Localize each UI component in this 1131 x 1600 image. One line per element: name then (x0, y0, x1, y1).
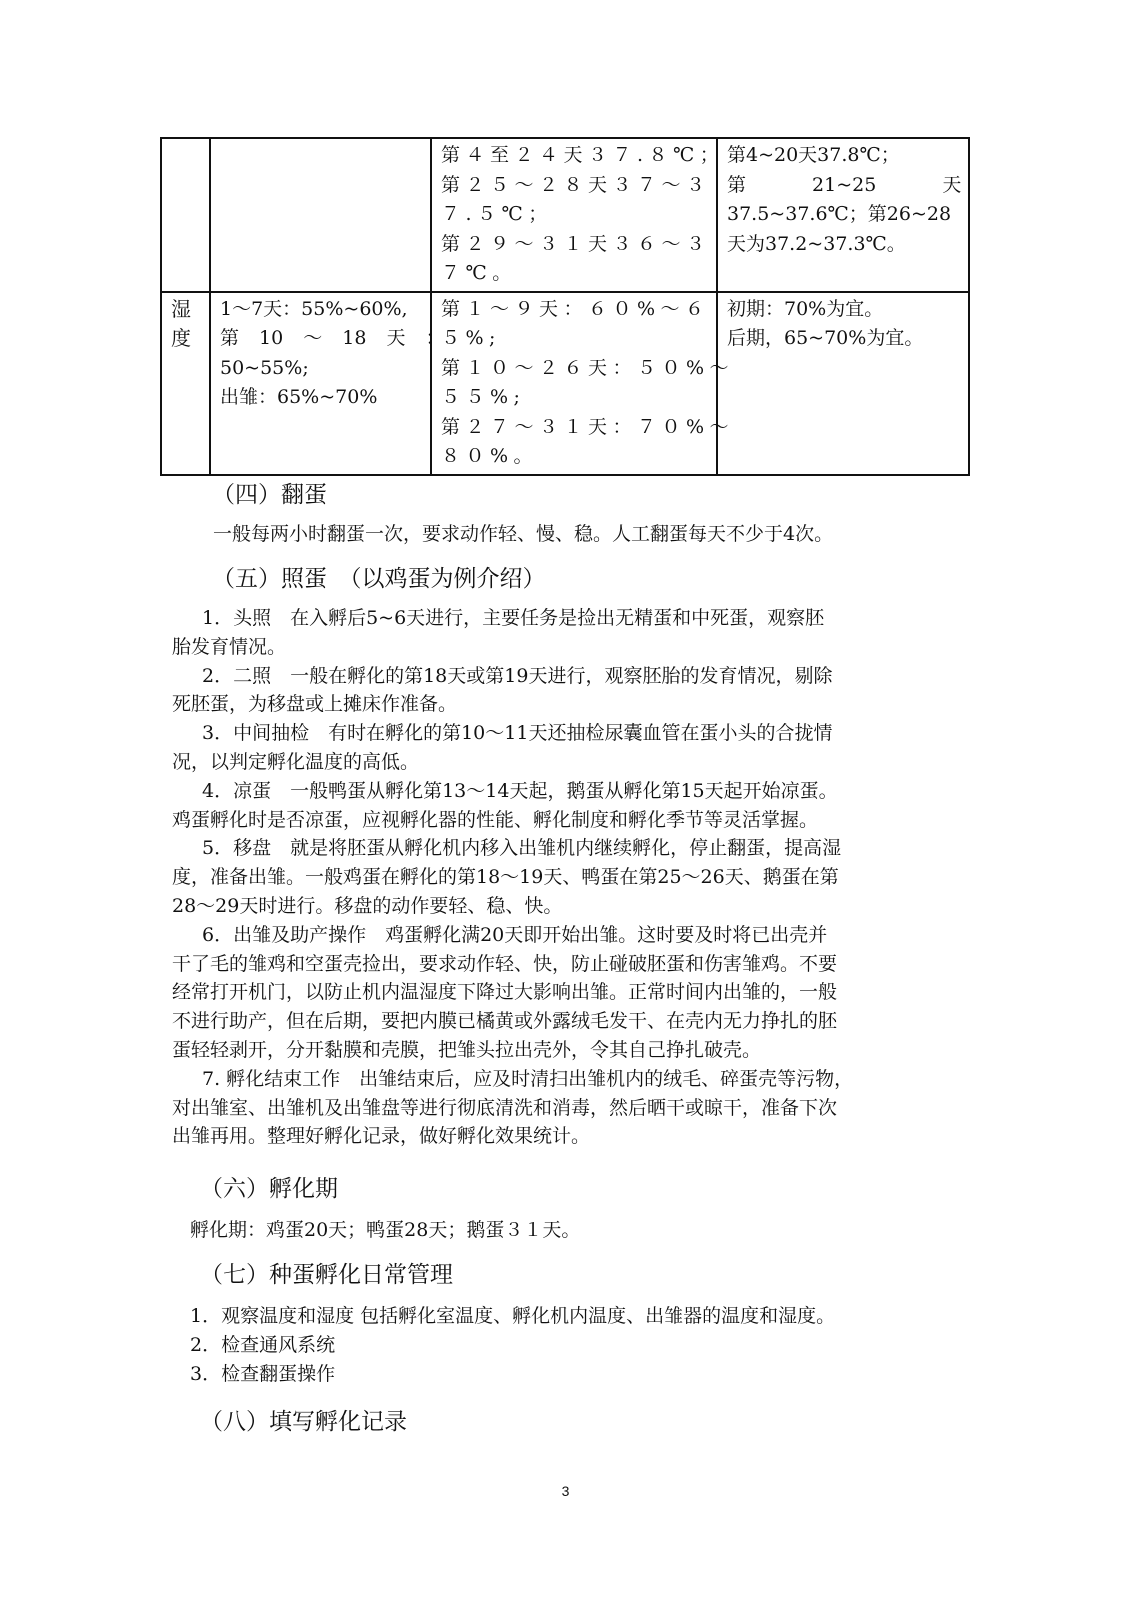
table-row-temperature-continued: 第４至２４天３７.８℃； 第２５～２８天３７～３ ７.５℃； 第２９～３１天３６… (161, 138, 969, 292)
body-line: 蛋轻轻剥开，分开黏膜和壳膜，把雏头拉出壳外，令其自己挣扎破壳。 (172, 1036, 972, 1065)
daily-management-list: 1．观察温度和湿度 包括孵化室温度、孵化机内温度、出雏器的温度和湿度。 2．检查… (190, 1302, 990, 1388)
body-line: 干了毛的雏鸡和空蛋壳捡出，要求动作轻、快，防止碰破胚蛋和伤害雏鸡。不要 (172, 950, 972, 979)
table-cell-duck: 第１～９天：６０%～６ ５%; 第１０～２６天：５０%～ ５５%; 第２７～３１… (431, 292, 717, 475)
cell-line: 第4~20天37.8℃； (727, 141, 960, 171)
list-item: 3．检查翻蛋操作 (190, 1360, 990, 1389)
body-line: 死胚蛋，为移盘或上摊床作准备。 (172, 690, 972, 719)
table-row-humidity: 湿 度 1～7天：55%~60%, 第 10 ～ 18 天 ： 50~55%; … (161, 292, 969, 475)
cell-line: 第 21~25 天 (727, 171, 960, 201)
body-line: 对出雏室、出雏机及出雏盘等进行彻底清洗和消毒，然后晒干或晾干，准备下次 (172, 1094, 972, 1123)
cell-line: 第１０～２６天：５０%～ (441, 354, 708, 384)
body-line: 28～29天时进行。移盘的动作要轻、稳、快。 (172, 892, 972, 921)
document-page: 第４至２４天３７.８℃； 第２５～２８天３７～３ ７.５℃； 第２９～３１天３６… (0, 0, 1131, 1600)
body-line: 1．头照 在入孵后5~6天进行，主要任务是捡出无精蛋和中死蛋，观察胚 (172, 604, 972, 633)
cell-line: 50~55%; (220, 354, 422, 384)
list-item: 2．检查通风系统 (190, 1331, 990, 1360)
section-heading-candling: （五）照蛋 （以鸡蛋为例介绍） (212, 560, 546, 593)
body-line: 7. 孵化结束工作 出雏结束后，应及时清扫出雏机内的绒毛、碎蛋壳等污物， (172, 1065, 972, 1094)
body-line: 5．移盘 就是将胚蛋从孵化机内移入出雏机内继续孵化，停止翻蛋，提高湿 (172, 834, 972, 863)
cell-line: 出雏：65%~70% (220, 383, 422, 413)
section-heading-record: （八）填写孵化记录 (200, 1403, 407, 1436)
table-cell-chicken: 1～7天：55%~60%, 第 10 ～ 18 天 ： 50~55%; 出雏：6… (210, 292, 431, 475)
body-line: 度，准备出雏。一般鸡蛋在孵化的第18～19天、鸭蛋在第25～26天、鹅蛋在第 (172, 863, 972, 892)
table-cell-label: 湿 度 (161, 292, 210, 475)
row-label-char: 湿 (171, 295, 201, 324)
cell-line: 第２５～２８天３７～３ (441, 171, 708, 201)
table-cell-goose: 第4~20天37.8℃； 第 21~25 天 37.5~37.6℃；第26~28… (717, 138, 969, 292)
cell-line: 第２９～３１天３６～３ (441, 230, 708, 260)
body-line: 不进行助产，但在后期，要把内膜已橘黄或外露绒毛发干、在壳内无力挣扎的胚 (172, 1007, 972, 1036)
body-line: 出雏再用。整理好孵化记录，做好孵化效果统计。 (172, 1122, 972, 1151)
body-line: 6．出雏及助产操作 鸡蛋孵化满20天即开始出雏。这时要及时将已出壳并 (172, 921, 972, 950)
body-line: 况，以判定孵化温度的高低。 (172, 748, 972, 777)
table-cell-goose: 初期：70%为宜。 后期，65~70%为宜。 (717, 292, 969, 475)
candling-body: 1．头照 在入孵后5~6天进行，主要任务是捡出无精蛋和中死蛋，观察胚 胎发育情况… (172, 604, 972, 1151)
body-line: 3．中间抽检 有时在孵化的第10～11天还抽检尿囊血管在蛋小头的合拢情 (172, 719, 972, 748)
cell-line: ７℃。 (441, 259, 708, 289)
table-cell-label (161, 138, 210, 292)
cell-line: 第４至２４天３７.８℃； (441, 141, 708, 171)
body-line: 鸡蛋孵化时是否凉蛋，应视孵化器的性能、孵化制度和孵化季节等灵活掌握。 (172, 806, 972, 835)
cell-line: 第１～９天：６０%～６ (441, 295, 708, 325)
table-cell-duck: 第４至２４天３７.８℃； 第２５～２８天３７～３ ７.５℃； 第２９～３１天３６… (431, 138, 717, 292)
list-item: 1．观察温度和湿度 包括孵化室温度、孵化机内温度、出雏器的温度和湿度。 (190, 1302, 990, 1331)
cell-line: ８０%。 (441, 442, 708, 472)
cell-line: 初期：70%为宜。 (727, 295, 960, 325)
cell-line: ５５%; (441, 383, 708, 413)
section-heading-daily-management: （七）种蛋孵化日常管理 (200, 1256, 453, 1289)
cell-line: 37.5~37.6℃；第26~28 (727, 200, 960, 230)
body-line: 2．二照 一般在孵化的第18天或第19天进行，观察胚胎的发育情况，剔除 (172, 662, 972, 691)
cell-line: 第２７～３１天：７０%～ (441, 413, 708, 443)
cell-line: ５%; (441, 324, 708, 354)
row-label-char: 度 (171, 324, 201, 353)
paragraph-incubation-period: 孵化期：鸡蛋20天；鸭蛋28天；鹅蛋３１天。 (190, 1215, 580, 1242)
body-line: 经常打开机门，以防止机内温湿度下降过大影响出雏。正常时间内出雏的，一般 (172, 978, 972, 1007)
cell-line: ７.５℃； (441, 200, 708, 230)
body-line: 胎发育情况。 (172, 633, 972, 662)
cell-line: 1～7天：55%~60%, (220, 295, 422, 325)
cell-line: 后期，65~70%为宜。 (727, 324, 960, 354)
cell-line: 第 10 ～ 18 天 ： (220, 324, 422, 354)
body-line: 4．凉蛋 一般鸭蛋从孵化第13～14天起，鹅蛋从孵化第15天起开始凉蛋。 (172, 777, 972, 806)
section-heading-egg-turning: （四）翻蛋 (212, 476, 327, 509)
page-number: 3 (0, 1483, 1131, 1499)
section-heading-incubation-period: （六）孵化期 (200, 1170, 338, 1203)
table-cell-chicken (210, 138, 431, 292)
incubation-parameters-table: 第４至２４天３７.８℃； 第２５～２８天３７～３ ７.５℃； 第２９～３１天３６… (160, 137, 970, 476)
paragraph-egg-turning: 一般每两小时翻蛋一次，要求动作轻、慢、稳。人工翻蛋每天不少于4次。 (213, 519, 833, 546)
cell-line: 天为37.2~37.3℃。 (727, 230, 960, 260)
